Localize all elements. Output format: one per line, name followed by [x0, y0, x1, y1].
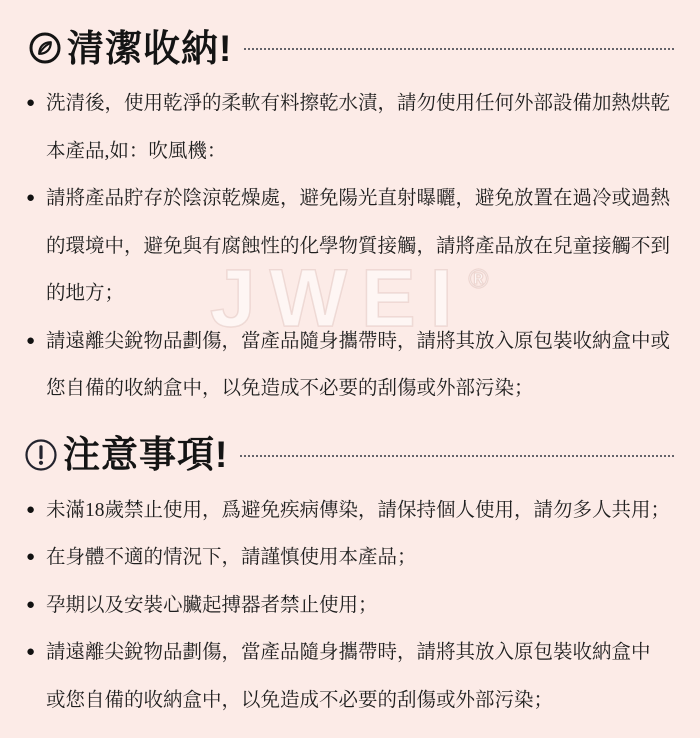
item-text: 洗清後，使用乾淨的柔軟有料擦乾水漬，請勿使用任何外部設備加熱烘乾 本產品,如：吹…	[46, 80, 674, 175]
list-item: ● 請遠離尖銳物品劃傷，當產品隨身攜帶時，請將其放入原包裝收納盒中或 您自備的收…	[28, 318, 674, 413]
page-root: JWEI® 清潔收納! ● 洗清後，使用乾淨的柔軟有料擦乾水漬，請勿使用任何外部…	[0, 0, 700, 738]
content: 清潔收納! ● 洗清後，使用乾淨的柔軟有料擦乾水漬，請勿使用任何外部設備加熱烘乾…	[0, 0, 700, 724]
list-item: ● 請遠離尖銳物品劃傷，當產品隨身攜帶時，請將其放入原包裝收納盒中 或您自備的收…	[28, 629, 674, 724]
list-item: ● 請將產品貯存於陰涼乾燥處，避免陽光直射曝曬，避免放置在過冷或過熱 的環境中，…	[28, 175, 674, 318]
item-text: 孕期以及安裝心臟起搏器者禁止使用；	[46, 582, 674, 630]
bullet-icon: ●	[26, 80, 35, 128]
bullet-icon: ●	[26, 318, 35, 366]
dotted-divider	[244, 48, 674, 50]
item-text: 請遠離尖銳物品劃傷，當產品隨身攜帶時，請將其放入原包裝收納盒中或 您自備的收納盒…	[46, 318, 674, 413]
list-item: ● 未滿18歲禁止使用，爲避免疾病傳染，請保持個人使用，請勿多人共用；	[28, 487, 674, 535]
section-header-precautions: 注意事項!	[24, 433, 674, 477]
section-header-cleaning: 清潔收納!	[28, 26, 674, 70]
list-item: ● 在身體不適的情況下，請謹慎使用本產品；	[28, 534, 674, 582]
bullet-icon: ●	[26, 582, 35, 630]
item-text: 未滿18歲禁止使用，爲避免疾病傳染，請保持個人使用，請勿多人共用；	[46, 487, 674, 535]
bullet-icon: ●	[26, 175, 35, 223]
cleaning-instruction-list: ● 洗清後，使用乾淨的柔軟有料擦乾水漬，請勿使用任何外部設備加熱烘乾 本產品,如…	[28, 80, 674, 413]
precaution-instruction-list: ● 未滿18歲禁止使用，爲避免疾病傳染，請保持個人使用，請勿多人共用； ● 在身…	[28, 487, 674, 725]
bullet-icon: ●	[26, 534, 35, 582]
item-text: 在身體不適的情況下，請謹慎使用本產品；	[46, 534, 674, 582]
section-title-cleaning: 清潔收納!	[67, 30, 232, 67]
bullet-icon: ●	[26, 487, 35, 535]
leaf-circle-icon	[28, 31, 62, 65]
exclamation-circle-icon	[24, 438, 58, 472]
item-text: 請遠離尖銳物品劃傷，當產品隨身攜帶時，請將其放入原包裝收納盒中 或您自備的收納盒…	[46, 629, 674, 724]
bullet-icon: ●	[26, 629, 35, 677]
section-title-precautions: 注意事項!	[63, 436, 228, 473]
dotted-divider	[240, 455, 674, 457]
item-text: 請將產品貯存於陰涼乾燥處，避免陽光直射曝曬，避免放置在過冷或過熱 的環境中，避免…	[46, 175, 674, 318]
list-item: ● 洗清後，使用乾淨的柔軟有料擦乾水漬，請勿使用任何外部設備加熱烘乾 本產品,如…	[28, 80, 674, 175]
list-item: ● 孕期以及安裝心臟起搏器者禁止使用；	[28, 582, 674, 630]
